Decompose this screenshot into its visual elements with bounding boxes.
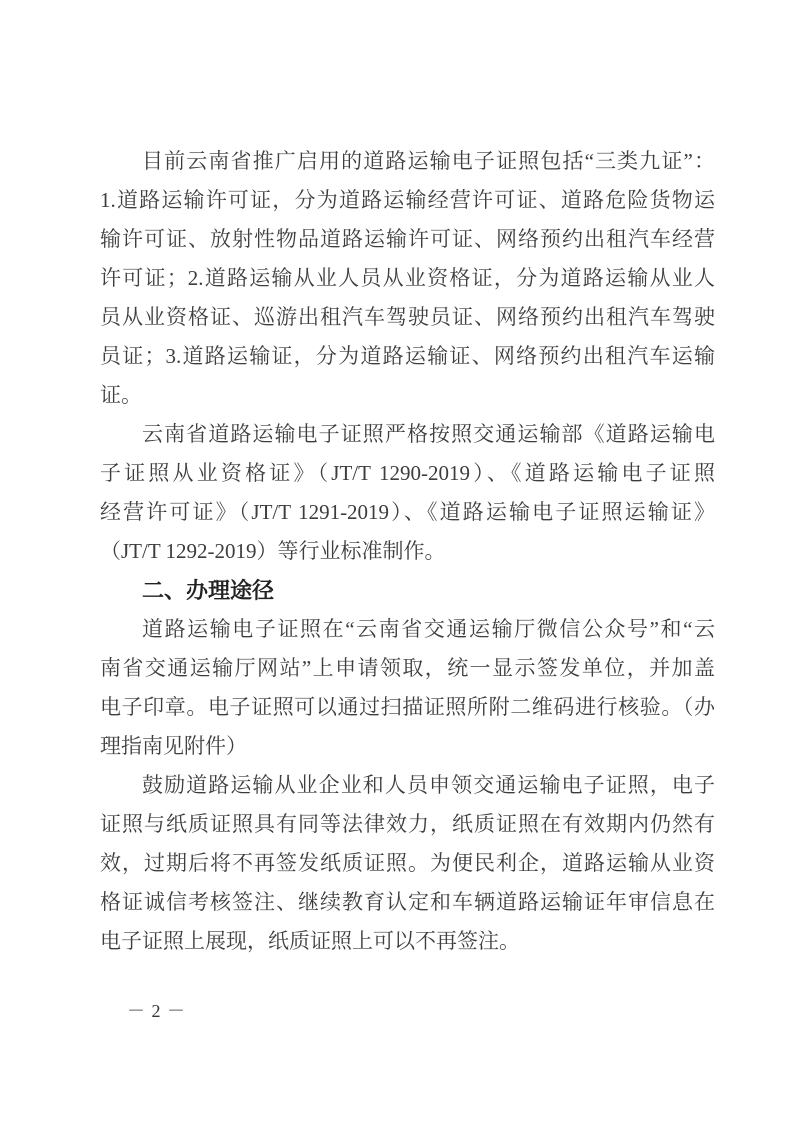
- text-line: 效，过期后将不再签发纸质证照。为便民利企，道路运输从业资: [100, 844, 715, 883]
- paragraph: 目前云南省推广启用的道路运输电子证照包括“三类九证”： 1.道路运输许可证，分为…: [100, 142, 715, 415]
- text-line: 鼓励道路运输从业企业和人员申领交通运输电子证照，电子: [100, 766, 715, 805]
- text-line: 证照与纸质证照具有同等法律效力，纸质证照在有效期内仍然有: [100, 805, 715, 844]
- text-line: 输许可证、放射性物品道路运输许可证、网络预约出租汽车经营: [100, 220, 715, 259]
- text-line: 子证照从业资格证》（JT/T 1290-2019）、《道路运输电子证照: [100, 454, 715, 493]
- text-line: 证。: [100, 376, 715, 415]
- text-line: 许可证；2.道路运输从业人员从业资格证，分为道路运输从业人: [100, 259, 715, 298]
- page-number: － 2 －: [127, 998, 186, 1024]
- text-line: 1.道路运输许可证，分为道路运输经营许可证、道路危险货物运: [100, 181, 715, 220]
- text-line: 电子证照上展现，纸质证照上可以不再签注。: [100, 922, 715, 961]
- text-line: 员从业资格证、巡游出租汽车驾驶员证、网络预约出租汽车驾驶: [100, 298, 715, 337]
- text-line: （JT/T 1292-2019）等行业标准制作。: [100, 532, 715, 571]
- text-line: 理指南见附件）: [100, 727, 715, 766]
- text-line: 道路运输电子证照在“云南省交通运输厅微信公众号”和“云: [100, 610, 715, 649]
- text-line: 经营许可证》（JT/T 1291-2019）、《道路运输电子证照运输证》: [100, 493, 715, 532]
- paragraph: 道路运输电子证照在“云南省交通运输厅微信公众号”和“云 南省交通运输厅网站”上申…: [100, 610, 715, 766]
- paragraph: 云南省道路运输电子证照严格按照交通运输部《道路运输电 子证照从业资格证》（JT/…: [100, 415, 715, 571]
- paragraph: 鼓励道路运输从业企业和人员申领交通运输电子证照，电子 证照与纸质证照具有同等法律…: [100, 766, 715, 961]
- text-line: 员证；3.道路运输证，分为道路运输证、网络预约出租汽车运输: [100, 337, 715, 376]
- text-line: 目前云南省推广启用的道路运输电子证照包括“三类九证”：: [100, 142, 715, 181]
- document-page: 目前云南省推广启用的道路运输电子证照包括“三类九证”： 1.道路运输许可证，分为…: [0, 0, 800, 1131]
- text-line: 云南省道路运输电子证照严格按照交通运输部《道路运输电: [100, 415, 715, 454]
- text-line: 南省交通运输厅网站”上申请领取，统一显示签发单位，并加盖: [100, 649, 715, 688]
- text-line: 电子印章。电子证照可以通过扫描证照所附二维码进行核验。（办: [100, 688, 715, 727]
- text-line: 格证诚信考核签注、继续教育认定和车辆道路运输证年审信息在: [100, 883, 715, 922]
- document-body: 目前云南省推广启用的道路运输电子证照包括“三类九证”： 1.道路运输许可证，分为…: [100, 142, 715, 961]
- section-heading: 二、办理途径: [100, 571, 715, 610]
